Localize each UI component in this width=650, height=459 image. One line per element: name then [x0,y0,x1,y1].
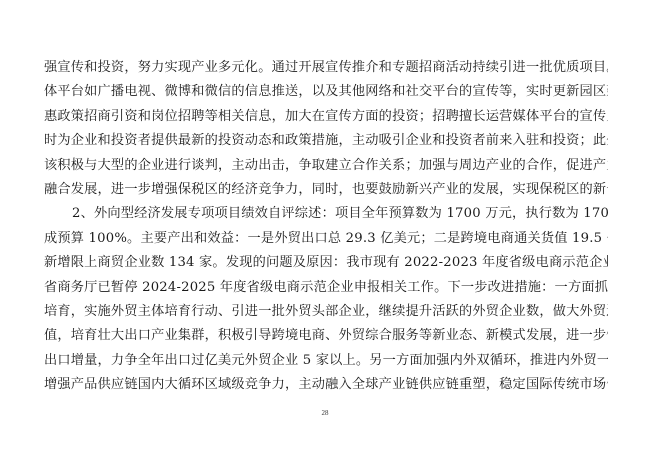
text-line: 新增限上商贸企业数 134 家。发现的问题及原因：我市现有 2022-2023 … [44,251,608,275]
page-number: 28 [318,409,332,417]
text-line-paragraph-start: 2、外向型经济发展专项项目绩效自评综述：项目全年预算数为 1700 万元，执行数… [44,202,608,226]
text-line: 培育，实施外贸主体培育行动、引进一批外贸头部企业，继续提升活跃的外贸企业数，做大… [44,300,608,324]
document-page: 强宣传和投资，努力实现产业多元化。通过开展宣传推介和专题招商活动持续引进一批优质… [0,0,650,459]
text-line: 该积极与大型的企业进行谈判，主动出击，争取建立合作关系；加强与周边产业的合作，促… [44,154,608,178]
text-line: 成预算 100%。主要产出和效益：一是外贸出口总 29.3 亿美元；二是跨境电商… [44,227,608,251]
text-line: 惠政策招商引资和岗位招聘等相关信息，加大在宣传方面的投资；招聘擅长运营媒体平台的… [44,105,608,129]
body-text: 强宣传和投资，努力实现产业多元化。通过开展宣传推介和专题招商活动持续引进一批优质… [44,56,608,397]
text-line: 值，培育壮大出口产业集群，积极引导跨境电商、外贸综合服务等新业态、新模式发展，进… [44,324,608,348]
text-line-paragraph-end: 融合发展，进一步增强保税区的经济竞争力，同时，也要鼓励新兴产业的发展，实现保税区… [44,178,608,202]
text-line: 增强产品供应链国内大循环区域级竞争力，主动融入全球产业链供应链重塑，稳定国际传统… [44,373,608,397]
text-line: 省商务厅已暂停 2024-2025 年度省级电商示范企业申报相关工作。下一步改进… [44,276,608,300]
text-line: 强宣传和投资，努力实现产业多元化。通过开展宣传推介和专题招商活动持续引进一批优质… [44,56,608,80]
text-line: 时为企业和投资者提供最新的投资动态和政策措施，主动吸引企业和投资者前来入驻和投资… [44,129,608,153]
text-line: 出口增量，力争全年出口过亿美元外贸企业 5 家以上。另一方面加强内外双循环，推进… [44,349,608,373]
text-line: 体平台如广播电视、微博和微信的信息推送，以及其他网络和社交平台的宣传等，实时更新… [44,80,608,104]
